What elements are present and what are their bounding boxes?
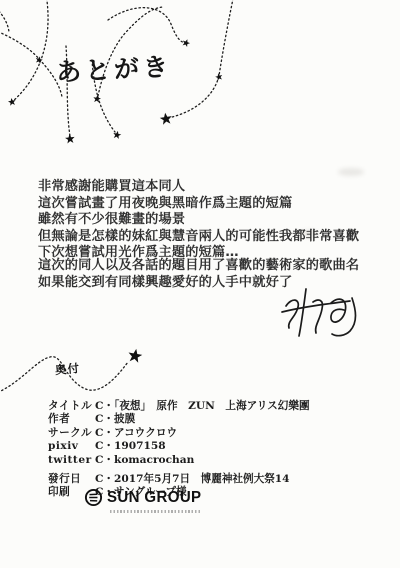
sun-group-circle-icon: [84, 488, 103, 507]
colophon-row-title: タイトル C・「夜想」 原作 ZUN 上海アリス幻樂團: [48, 400, 378, 413]
colophon-row-twitter: twitter C・komacrochan: [48, 454, 378, 467]
colophon-block: タイトル C・「夜想」 原作 ZUN 上海アリス幻樂團 作者 C・披膜 サークル…: [48, 400, 378, 500]
afterword-line: 非常感謝能購買這本同人: [38, 179, 359, 196]
colophon-label: twitter: [48, 454, 95, 467]
colophon-row-pixiv: pixiv C・1907158: [48, 440, 378, 453]
colophon-label: サークル: [48, 427, 95, 440]
colophon-label: 作者: [48, 413, 95, 426]
afterword-title: あとがき: [55, 47, 173, 89]
afterword-line: 雖然有不少很難畫的場景: [38, 212, 359, 229]
colophon-value: C・披膜: [95, 413, 378, 426]
colophon-row-circle: サークル C・アコウクロウ: [48, 427, 378, 440]
afterword-line: 但無論是怎樣的妹紅與慧音兩人的可能性我都非常喜歡: [38, 229, 359, 246]
afterword-paragraph-1: 非常感謝能購買這本同人 這次嘗試畫了用夜晚與黑暗作爲主題的短篇 雖然有不少很難畫…: [38, 179, 359, 262]
scan-smudge: [338, 168, 364, 176]
colophon-value: C・アコウクロウ: [95, 427, 378, 440]
afterword-page: あとがき 非常感謝能購買這本同人 這次嘗試畫了用夜晚與黑暗作爲主題的短篇 雖然有…: [0, 0, 400, 568]
dotted-curve: [168, 0, 234, 118]
colophon-row-publish-date: 發行日 C・2017年5月7日 博麗神社例大祭14: [48, 473, 378, 486]
star-icon: [159, 112, 172, 125]
colophon-value: C・2017年5月7日 博麗神社例大祭14: [95, 473, 378, 486]
sun-group-logo-text: SUN GROUP: [107, 489, 201, 507]
star-icon: [112, 130, 122, 139]
star-icon: [127, 348, 143, 364]
colophon-row-author: 作者 C・披膜: [48, 413, 378, 426]
colophon-label: タイトル: [48, 400, 95, 413]
colophon-value: C・「夜想」 原作 ZUN 上海アリス幻樂團: [95, 400, 378, 413]
dotted-curve: [0, 8, 9, 32]
afterword-line: 這次嘗試畫了用夜晚與黑暗作爲主題的短篇: [38, 196, 359, 213]
sun-group-logo: SUN GROUP: [84, 488, 208, 507]
afterword-line: 這次的同人以及各話的題目用了喜歡的藝術家的歌曲名: [38, 258, 359, 275]
dotted-curve: [108, 8, 186, 43]
star-icon: [65, 134, 76, 144]
colophon-value: C・1907158: [95, 440, 378, 453]
star-icon: [93, 95, 102, 103]
dotted-curve: [0, 30, 62, 97]
star-icon: [181, 38, 191, 48]
colophon-title: 奥付: [54, 360, 80, 378]
colophon-value: C・komacrochan: [95, 454, 378, 467]
colophon-label: pixiv: [48, 440, 95, 453]
sun-group-tagline-illegible: [110, 510, 202, 513]
colophon-label: 發行日: [48, 473, 95, 486]
